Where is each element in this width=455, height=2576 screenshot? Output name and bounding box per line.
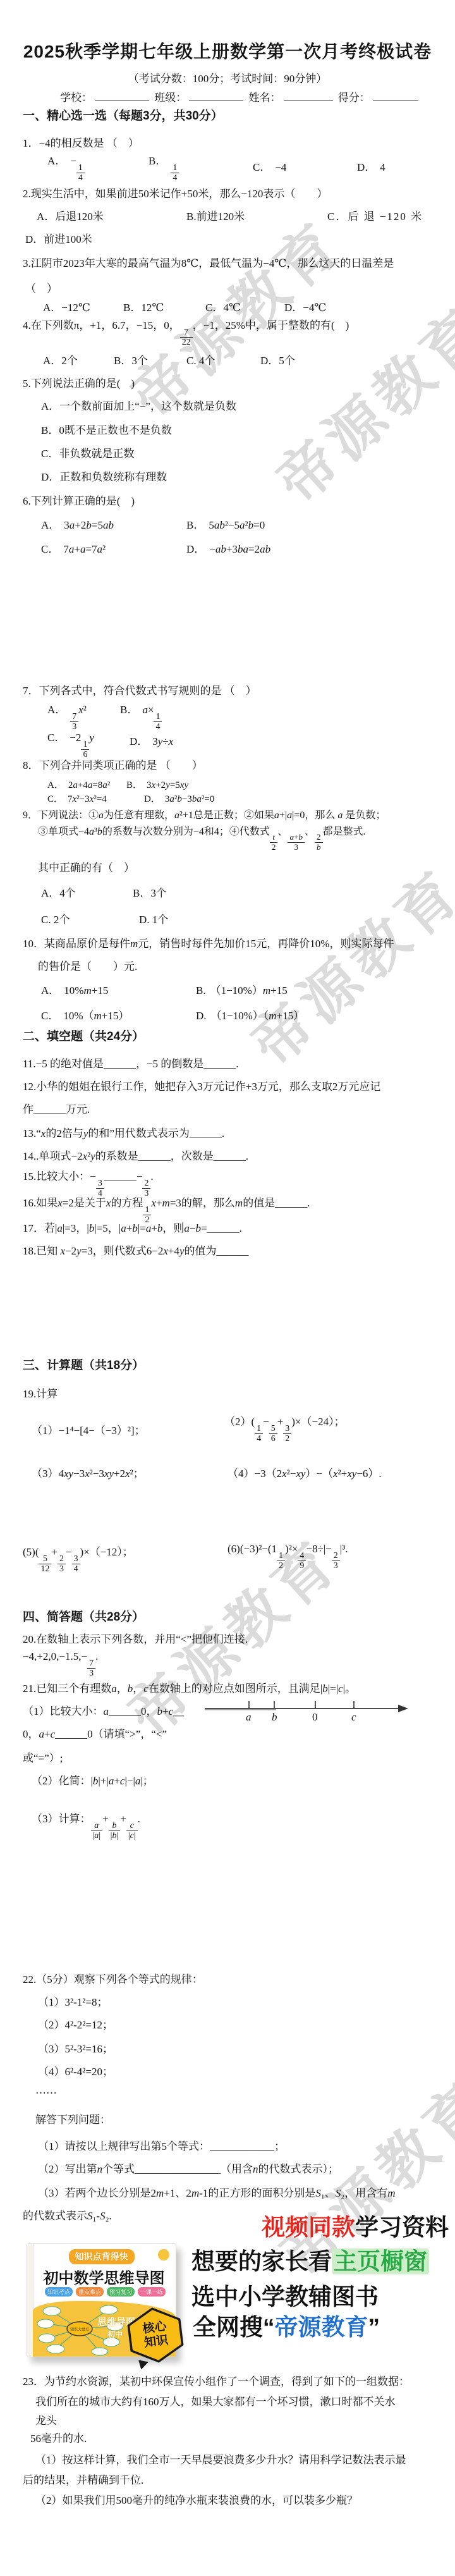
question-12-line-1: 12.小华的姐姐在银行工作，她把存入3万元记作+3万元，那么支取2万元应记	[23, 1077, 380, 1093]
q19-part-1: （1）−1⁴−[4−（−3）²]；	[32, 1421, 145, 1437]
book-tag: 预习复习	[107, 2287, 135, 2297]
q8-option-a: A．2a+4a=8a²	[47, 778, 110, 791]
book-tags: 知识考点 重点难点 预习复习 一课一练	[37, 2287, 173, 2297]
q23-part-2: （2）如果我们用500毫升的纯净水瓶来装浪费的水，可以装多少瓶？	[35, 2491, 358, 2507]
q5-option-b: B．0既不是正数也不是负数	[41, 421, 172, 437]
q10-option-c: C．10%（m+15）	[41, 1007, 129, 1022]
q7-option-b: B．a×14	[120, 701, 162, 732]
school-blank	[95, 91, 149, 101]
q6-option-c: C．7a+a=7a²	[41, 540, 106, 556]
section-1-title: 一、精心选一选（每题3分，共30分）	[23, 106, 223, 123]
class-label: 班级：	[154, 92, 186, 104]
section-3-title: 三、计算题（共18分）	[23, 1356, 144, 1373]
q2-option-b: B.前进120米	[186, 207, 245, 223]
q6-option-d: D．−ab+3ba=2ab	[186, 540, 270, 556]
q3-option-c: C．4℃	[205, 298, 241, 314]
question-7-stem: 7．下列各式中，符合代数式书写规则的是 （ ）	[23, 682, 257, 697]
q9-option-b: B．3个	[133, 884, 167, 900]
q6-option-b: B．5ab²−5a²b=0	[186, 516, 265, 532]
score-blank	[373, 91, 418, 101]
question-20-numbers: −4,+2,0,−1.5,−73.	[23, 1650, 98, 1679]
q19-part-6: (6)(−3)²−(112)²×49−8÷|−23|³.	[227, 1543, 348, 1571]
q2-option-d: D．前进100米	[25, 230, 92, 246]
core-knowledge-badge: 核心知识	[122, 2303, 189, 2366]
question-8-stem: 8．下列合并同类项正确的是 （ ）	[23, 756, 203, 772]
q7-option-c: C．−216y	[47, 728, 94, 760]
q9-option-c: C. 2个	[41, 911, 70, 926]
name-label: 姓名：	[249, 92, 281, 104]
q5-option-c: C．非负数就是正数	[41, 445, 134, 460]
question-2-stem: 2.现实生活中，如果前进50米记作+50米，那么−120表示（ ）	[23, 185, 327, 200]
question-17: 17．若|a|=3，|b|=5，|a+b|=a+b，则a−b=______.	[23, 1219, 242, 1235]
q9-option-a: A．4个	[41, 884, 76, 900]
q21-part-1-line-2: 0，a+c______0（请填“>”，“<”	[23, 1725, 167, 1741]
book-cover-art: 知识大盘点 思维导图 初中 核心知识	[33, 2301, 176, 2357]
ad-line-1: 视频同款学习资料	[262, 2208, 449, 2242]
q4-option-d: D．5个	[260, 352, 295, 367]
book-tag: 知识考点	[45, 2287, 73, 2297]
q7-option-a: A．73x²	[47, 701, 87, 732]
axis-label-c: c	[351, 1711, 356, 1724]
q3-option-b: B．12℃	[123, 298, 164, 314]
q4-option-a: A．2个	[43, 352, 78, 367]
question-10-stem-2: 的售价是（ ）元.	[38, 957, 137, 973]
question-19-label: 19.计算	[23, 1385, 58, 1401]
axis-label-b: b	[272, 1711, 277, 1724]
book-seal-icon	[158, 2249, 169, 2260]
watermark: 帝源教育	[230, 847, 455, 1081]
q5-option-a: A．一个数前面加上“−”，这个数就是负数	[41, 397, 236, 413]
question-14: 14..单项式−2x²y的系数是______，次数是______.	[23, 1147, 248, 1163]
q1-option-b: B．14	[149, 152, 179, 183]
name-blank	[284, 91, 333, 101]
ad-line-4: 全网搜“帝源教育”	[193, 2308, 380, 2342]
q22-solve-label: 解答下列问题：	[35, 2111, 111, 2126]
question-9-stem-3: 其中正确的有（ ）	[38, 859, 135, 874]
q19-part-5: (5)(512+23−34)×（−12）；	[23, 1543, 133, 1574]
q19-part-4: （4）−3（2x²−xy）−（x²+xy−6）.	[227, 1464, 382, 1480]
q7-option-d: D．3y÷x	[130, 732, 173, 748]
book-cover: 知识点背得快 初中数学思维导图 知识考点 重点难点 预习复习 一课一练	[27, 2243, 176, 2357]
q22-equation-3: （3）5²-3²=16；	[38, 2040, 113, 2056]
q3-option-d: D．−4℃	[284, 298, 326, 314]
student-info-row: 学校： 班级： 姓名： 得分：	[60, 89, 421, 104]
question-20-stem: 20.在数轴上表示下列各数，并用“<”把他们连接.	[23, 1630, 248, 1646]
question-4-stem: 4.在下列数π，+1，6.7，−15，0，722，−1，25%中，属于整数的有(…	[23, 316, 349, 348]
question-12-line-2: 作______万元.	[23, 1100, 90, 1116]
question-3-stem-2: （ ）	[25, 279, 58, 295]
q6-option-a: A．3a+2b=5ab	[41, 516, 114, 532]
question-6-stem: 6.下列计算正确的是( )	[23, 492, 135, 508]
question-13: 13.“x的2倍与y的和”用代数式表示为______.	[23, 1124, 224, 1140]
q10-option-a: A．10%m+15	[41, 981, 108, 997]
exam-meta: （考试分数：100分；考试时间：90分钟）	[0, 70, 455, 85]
question-5-stem: 5.下列说法正确的是( )	[23, 374, 135, 390]
q19-part-3: （3）4xy−3x²−3xy+2x²；	[32, 1464, 144, 1480]
question-11: 11.−5 的绝对值是______，−5 的倒数是______.	[23, 1055, 239, 1070]
q10-option-d: D.（1−10%）（m+15）	[196, 1007, 304, 1022]
book-cover-text-2: 初中	[107, 2329, 123, 2340]
q8-option-c: C．7x²−3x²=4	[47, 792, 107, 805]
axis-label-a: a	[246, 1711, 252, 1724]
q1-option-d: D．4	[357, 158, 385, 174]
q10-option-b: B.（1−10%）m+15	[196, 981, 288, 997]
question-21-stem: 21.已知三个有理数a，b，c在数轴上的对应点如图所示，且满足|b|=|c|。	[23, 1679, 356, 1695]
q5-option-d: D．正数和负数统称有理数	[41, 468, 167, 484]
svg-text:知识大盘点: 知识大盘点	[70, 2327, 90, 2332]
exam-title: 2025秋季学期七年级上册数学第一次月考终极试卷	[0, 38, 455, 63]
q2-option-a: A．后退120米	[37, 207, 104, 223]
q22-part-3-line-1: （3）若两个边长分别是2m+1、2m-1的正方形的面积分别是S₁、S₂，用含有m	[38, 2184, 395, 2200]
question-9-stem-2: ③单项式−4a³b的系数与次数分别为−4和4；④代数式t2、a+b3、2b都是整…	[38, 823, 366, 852]
question-23-line-3: 龙头	[35, 2412, 57, 2427]
question-1-stem: 1．−4的相反数是 （ ）	[23, 134, 139, 150]
question-23-line-4: 56毫升的水.	[30, 2429, 87, 2445]
q22-part-3-line-2: 的代数式表示S₁-S₂.	[23, 2207, 112, 2223]
class-blank	[189, 91, 243, 101]
q22-equation-2: （2）4²-2²=12；	[38, 2016, 113, 2032]
q21-part-1-line-3: 或“=”）;	[23, 1749, 63, 1765]
q4-option-c: C. 4个	[186, 352, 215, 367]
book-title: 初中数学思维导图	[36, 2266, 172, 2288]
question-23-line-1: 23．为节约水资源，某初中环保宣传小组作了一个调查，得到了如下的一组数据：	[23, 2372, 409, 2388]
score-label: 得分：	[338, 92, 370, 104]
question-10-stem: 10．某商品原价是每件m元，销售时每件先加价15元，再降价10%，则实际每件	[23, 935, 394, 950]
q8-option-b: B．3x+2y=5xy	[126, 778, 188, 791]
question-18: 18.已知 x−2y=3，则代数式6−2x+4y的值为______	[23, 1242, 249, 1258]
book-tag: 重点难点	[76, 2287, 104, 2297]
q1-option-a: A．−14	[47, 152, 85, 183]
q19-part-2: （2）(14−56+32)×（−24）；	[224, 1413, 345, 1444]
axis-label-0: 0	[312, 1711, 318, 1724]
q22-equation-1: （1）3²-1²=8；	[38, 1993, 107, 2009]
question-3-stem: 3.江阴市2023年大寒的最高气温为8℃，最低气温为−4℃，那么这天的日温差是	[23, 254, 394, 270]
question-9-stem: 9．下列说法：①a为任意有理数，a²+1总是正数；②如果a+|a|=0，那么 a…	[23, 807, 385, 821]
q22-part-1: （1）请按以上规律写出第5个等式：____________；	[38, 2137, 285, 2153]
q2-option-c: C．后 退 −120 米	[327, 207, 423, 223]
ad-line-3: 选中小学教辅图书	[191, 2278, 379, 2312]
q22-ellipsis: ……	[35, 2084, 57, 2097]
q21-part-1-line-1: （1）比较大小：a______0，b+c＿	[23, 1702, 184, 1718]
school-label: 学校：	[60, 92, 92, 104]
q22-part-2: （2）写出第n个等式________________（用含n的代数式表示）；	[38, 2160, 339, 2176]
q21-part-3: （3）计算：a|a|+b|b|+c|c|.	[32, 1810, 140, 1841]
q8-option-d: D．3a²b−3ba²=0	[144, 792, 214, 805]
q23-part-1-line-1: （1）按这样计算，我们全市一天早晨要浪费多少升水？请用科学记数法表示最	[35, 2451, 406, 2467]
section-4-title: 四、简答题（共28分）	[23, 1607, 144, 1624]
q9-option-d: D. 1个	[139, 911, 168, 926]
book-ribbon: 知识点背得快	[69, 2249, 135, 2264]
book-tag: 一课一练	[138, 2287, 166, 2297]
q4-option-b: B．3个	[114, 352, 148, 367]
question-23-line-2: 我们所在的城市大约有160万人，如果大家都有一个坏习惯，漱口时都不关水	[35, 2393, 396, 2408]
section-2-title: 二、填空题（共24分）	[23, 1027, 144, 1044]
question-22-stem: 22.（5分）观察下列各个等式的规律：	[23, 1970, 203, 1986]
q3-option-a: A．−12℃	[43, 298, 90, 314]
q22-equation-4: （4）6²-4²=20；	[38, 2063, 113, 2078]
q23-part-1-line-2: 后的结果，并精确到千位.	[23, 2471, 143, 2487]
q1-option-c: C．−4	[253, 158, 286, 174]
ad-line-2: 想要的家长看主页橱窗	[191, 2242, 429, 2276]
q21-part-2: （2）化简：|b|+|a+c|−|a|；	[32, 1772, 154, 1788]
exam-paper-page: 帝源教育 帝源教育 帝源教育 帝源教育 帝源教育 2025秋季学期七年级上册数学…	[0, 0, 455, 2576]
